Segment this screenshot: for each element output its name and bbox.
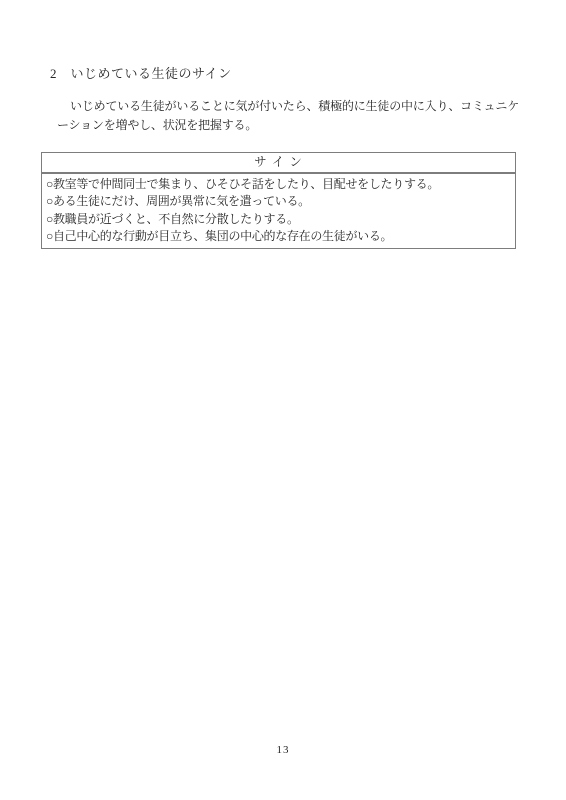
sign-table-row: ○教職員が近づくと、不自然に分散したりする。 <box>46 211 511 228</box>
body-paragraph: いじめている生徒がいることに気が付いたら、積極的に生徒の中に入り、コミュニケーシ… <box>57 97 519 135</box>
sign-table-header: サ イ ン <box>42 153 515 174</box>
section-heading: 2 いじめている生徒のサイン <box>50 66 232 82</box>
sign-table-row: ○ある生徒にだけ、周囲が異常に気を遣っている。 <box>46 193 511 210</box>
sign-table: サ イ ン ○教室等で仲間同士で集まり、ひそひそ話をしたり、目配せをしたりする。… <box>41 152 516 249</box>
page-number: 13 <box>0 744 566 756</box>
sign-table-body: ○教室等で仲間同士で集まり、ひそひそ話をしたり、目配せをしたりする。 ○ある生徒… <box>42 174 515 248</box>
sign-table-row: ○自己中心的な行動が目立ち、集団の中心的な存在の生徒がいる。 <box>46 228 511 245</box>
sign-table-row: ○教室等で仲間同士で集まり、ひそひそ話をしたり、目配せをしたりする。 <box>46 176 511 193</box>
document-page: 2 いじめている生徒のサイン いじめている生徒がいることに気が付いたら、積極的に… <box>0 0 566 800</box>
